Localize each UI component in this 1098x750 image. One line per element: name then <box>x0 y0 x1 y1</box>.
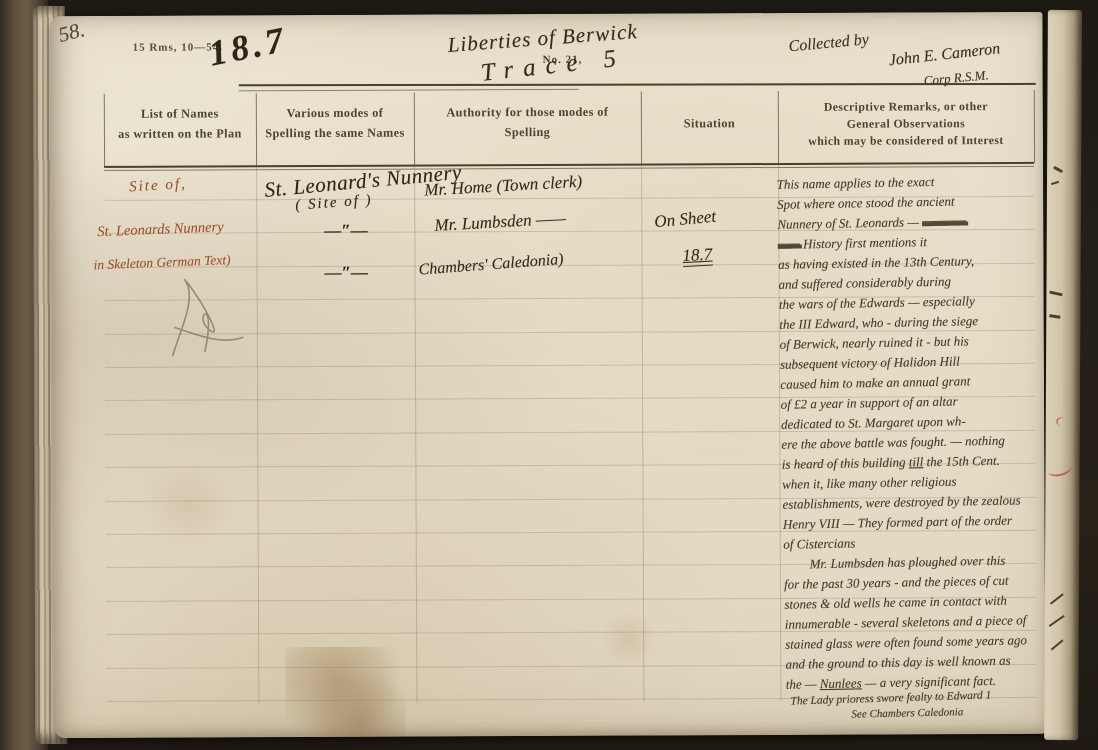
column-header-remarks: Descriptive Remarks, or other General Ob… <box>778 98 1034 150</box>
remarks-text: the 15th Cent. <box>923 453 1000 469</box>
adjacent-page-ink-mark <box>1051 639 1064 650</box>
table-top-rule-thin <box>239 89 579 91</box>
pencil-grid <box>50 12 1042 16</box>
ink-strikeout: ▬▬▬▬ <box>922 213 966 229</box>
adjacent-page-ink-mark <box>1049 615 1065 627</box>
header-line: Spelling the same Names <box>256 123 414 144</box>
header-line: as written on the Plan <box>104 123 256 144</box>
table-top-rule <box>239 83 1036 86</box>
pencil-column-line <box>641 166 644 702</box>
header-line: which may be considered of Interest <box>778 132 1034 150</box>
ledger-page: 58. 15 Rms, 10—54. 18.7 Liberties of Ber… <box>50 12 1045 738</box>
header-line: Descriptive Remarks, or other <box>778 98 1034 116</box>
ditto-mark: —″— <box>325 263 368 283</box>
authority-chambers: Chambers' Caledonia) <box>418 251 564 280</box>
remarks-text: till <box>909 454 924 469</box>
remarks-text: Nunnery of St. Leonards — <box>777 214 922 232</box>
pencil-column-line <box>414 167 417 703</box>
ink-stain <box>285 647 405 739</box>
header-line: Various modes of <box>256 103 414 124</box>
remarks-text: when it, like many other religious <box>782 474 957 492</box>
adjacent-page-ink-mark <box>1050 593 1064 604</box>
situation-sheet-number-text: 18.7 <box>682 245 713 268</box>
remarks-text: and the ground to this day is well known… <box>785 653 1010 672</box>
remarks-text: subsequent victory of Halidon Hill <box>780 354 960 372</box>
remarks-lines: This name applies to the exactSpot where… <box>777 170 1046 695</box>
collector-signature: John E. Cameron <box>888 40 1001 70</box>
remarks-text: stained glass were often found some year… <box>785 632 1027 651</box>
remarks-text: Henry VIII — They formed part of the ord… <box>783 513 1012 532</box>
situation-on-sheet: On Sheet <box>654 207 717 233</box>
column-header-authority: Authority for those modes of Spelling <box>414 102 641 143</box>
collected-by-label: Collected by <box>788 31 870 56</box>
header-line: List of Names <box>104 103 256 124</box>
remarks-text: the III Edward, who - during the siege <box>779 313 978 332</box>
remarks-footnote-2: See Chambers Caledonia <box>851 706 963 720</box>
adjacent-page-ink-mark <box>1049 314 1060 319</box>
situation-sheet-number: 18.7 <box>682 245 713 267</box>
remarks-text: This name applies to the exact <box>777 174 935 192</box>
foxing-spot <box>142 445 233 565</box>
remarks-text: Nunlees <box>820 675 862 691</box>
remarks-text: as having existed in the 13th Century, <box>778 253 974 272</box>
ink-scribble <box>147 267 277 368</box>
remarks-text: of Berwick, nearly ruined it - but his <box>779 333 968 351</box>
remarks-text: dedicated to St. Margaret upon wh- <box>781 413 966 431</box>
remarks-text: Mr. Lumbsden has ploughed over this <box>810 553 1006 572</box>
remarks-text: innumerable - several skeletons and a pi… <box>785 612 1027 631</box>
remarks-text: the — <box>786 676 820 692</box>
collector-rank: Corp R.S.M. <box>923 67 989 89</box>
header-line: Authority for those modes of <box>414 102 641 123</box>
header-line: General Observations <box>778 115 1034 133</box>
remarks-text: — a very significant fact. <box>862 673 997 690</box>
remarks-text: for the past 30 years - and the pieces o… <box>784 573 1009 592</box>
adjacent-page-ink-mark <box>1053 166 1063 173</box>
ditto-mark: —″— <box>324 221 367 241</box>
remarks-text: History first mentions it <box>800 234 927 251</box>
adjacent-page-ink-mark <box>1049 291 1062 297</box>
remarks-text: Spot where once stood the ancient <box>777 194 955 212</box>
ink-strikeout: ▬▬ <box>778 236 800 251</box>
remarks-text: is heard of this building <box>782 454 909 471</box>
header-divider <box>1034 90 1035 163</box>
remarks-text: caused him to make an annual grant <box>780 373 970 391</box>
remarks-text: of Cistercians <box>783 535 855 551</box>
remarks-text: ere the above battle was fought. — nothi… <box>781 433 1005 452</box>
pencil-column-line <box>256 167 259 703</box>
name-on-plan-site-of: Site of, <box>129 176 188 196</box>
column-header-names: List of Names as written on the Plan <box>104 103 256 144</box>
adjacent-page-red-mark <box>1054 415 1073 431</box>
remarks-text: the wars of the Edwards — especially <box>779 293 975 312</box>
remarks-text: stones & old wells he came in contact wi… <box>784 593 1007 612</box>
page-number: 58. <box>56 17 88 48</box>
foxing-spot <box>593 614 663 664</box>
header-line: Spelling <box>414 122 641 143</box>
header-line: Situation <box>641 113 778 134</box>
remarks-text: establishments, were destroyed by the ze… <box>782 492 1020 511</box>
remarks-text: and suffered considerably during <box>778 274 951 292</box>
column-header-situation: Situation <box>641 113 778 134</box>
column-header-spelling-modes: Various modes of Spelling the same Names <box>256 103 414 144</box>
sheet-number-script: 18.7 <box>205 18 291 75</box>
adjacent-page-red-mark <box>1046 459 1073 478</box>
name-on-plan-title: St. Leonards Nunnery <box>97 219 224 241</box>
remarks-text: of £2 a year in support of an altar <box>781 394 958 412</box>
adjacent-page-edge <box>1044 10 1082 740</box>
adjacent-page-ink-mark <box>1051 181 1059 185</box>
